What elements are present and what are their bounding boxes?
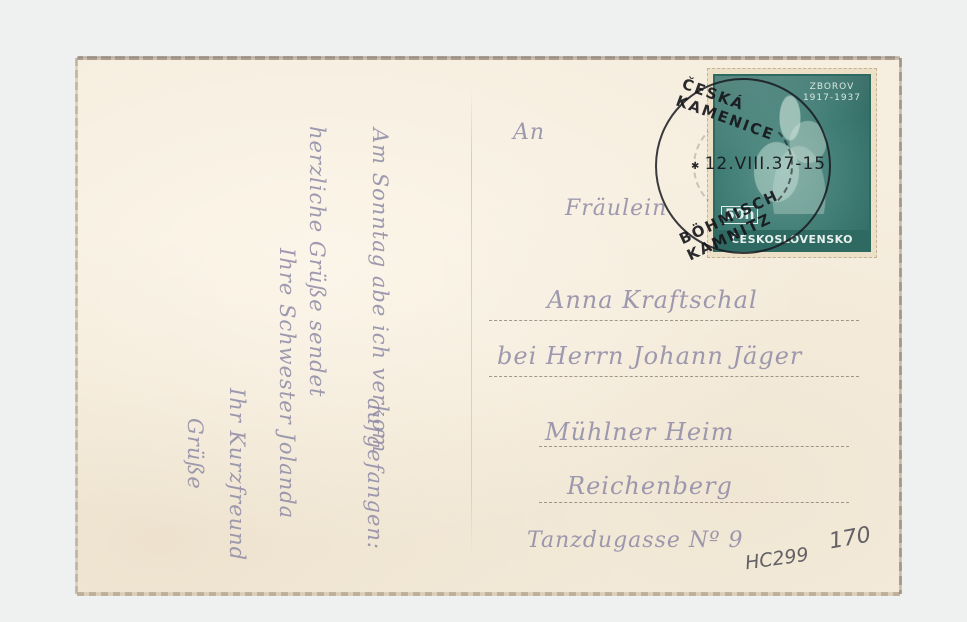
address-line: Tanzdugasse Nº 9 [527,528,743,553]
address-rule [489,320,859,321]
deckled-edge-top [77,56,900,60]
address-rule [489,376,859,377]
message-line: Ihr Kurzfreund [225,388,249,561]
address-rule [539,446,849,447]
address-line: Reichenberg [567,472,733,500]
catalog-code: HC299 [744,544,810,575]
deckled-edge-left [75,58,78,594]
stamp-title: ZBOROV 1917-1937 [803,82,861,104]
address-rule [539,502,849,503]
address-prefix: An [513,120,545,145]
address-salutation: Fräulein [565,196,667,221]
postcard-back: Am Sonntag abe ich verkom herzliche Grüß… [77,58,900,594]
message-line: herzliche Grüße sendet [305,126,329,397]
message-line: Grüße [183,418,207,490]
price-annotation: 170 [827,523,873,555]
star-icon: ✱ [691,161,705,172]
deckled-edge-bottom [77,592,900,596]
deckled-edge-right [899,58,902,594]
address-line: bei Herrn Johann Jäger [497,342,802,370]
center-divider-line [471,88,472,558]
address-line: Anna Kraftschal [547,286,758,314]
message-line: aufgefangen: [363,398,387,550]
postmark-cancellation: ČESKÁ KAMENICE ✱ 12.VIII.37-15 BÖHMISCH … [655,78,831,254]
address-line: Mühlner Heim [545,418,735,446]
message-line: Ihre Schwester Jolanda [275,248,299,519]
